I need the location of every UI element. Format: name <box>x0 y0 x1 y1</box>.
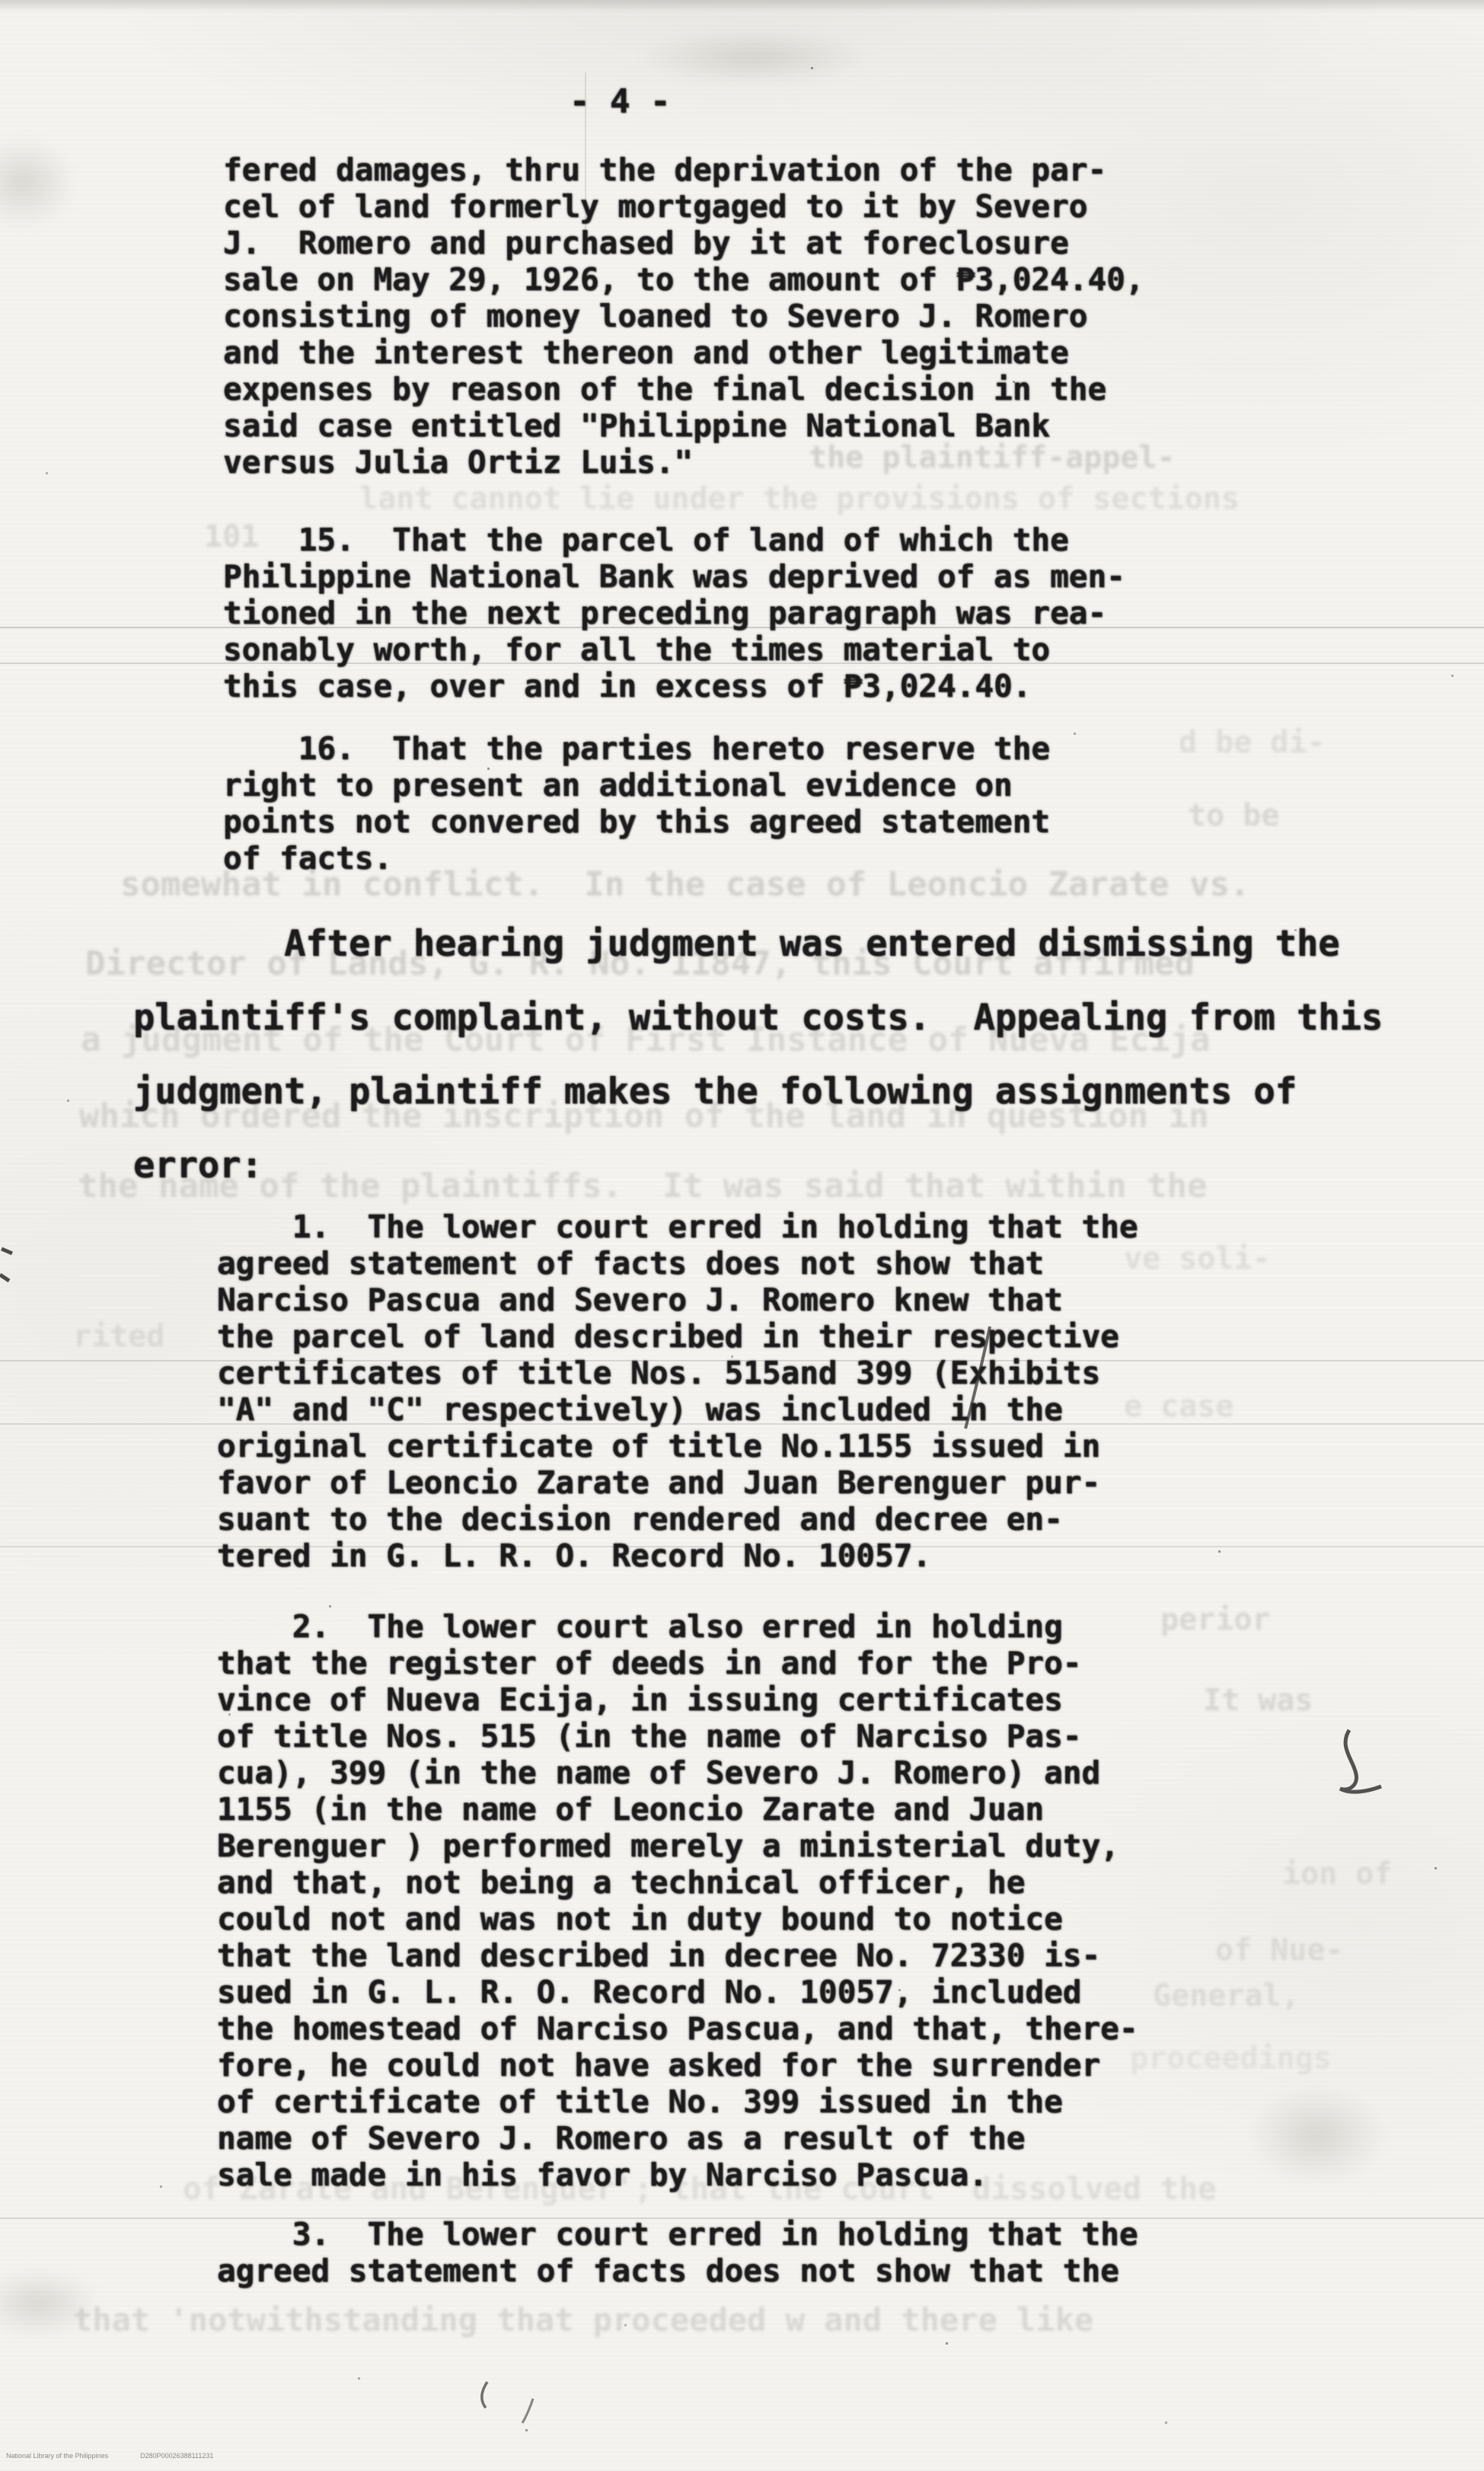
footer-watermark: National Library of the Philippines D280… <box>6 2452 213 2460</box>
pen-marks-overlay <box>0 0 1484 2471</box>
scan-code: D280P00026388111231 <box>140 2452 213 2460</box>
scanned-document-page: the plaintiff-appel- lant cannot lie und… <box>0 0 1484 2471</box>
library-name: National Library of the Philippines <box>6 2452 108 2460</box>
edge-ink-marks <box>0 1249 12 1281</box>
dust-specks <box>0 0 2 2</box>
pen-brace-mark <box>1340 1730 1381 1792</box>
pen-slash-mark <box>965 1326 990 1429</box>
pen-squiggle-mark <box>522 2399 533 2423</box>
pen-squiggle-mark <box>482 2382 487 2408</box>
